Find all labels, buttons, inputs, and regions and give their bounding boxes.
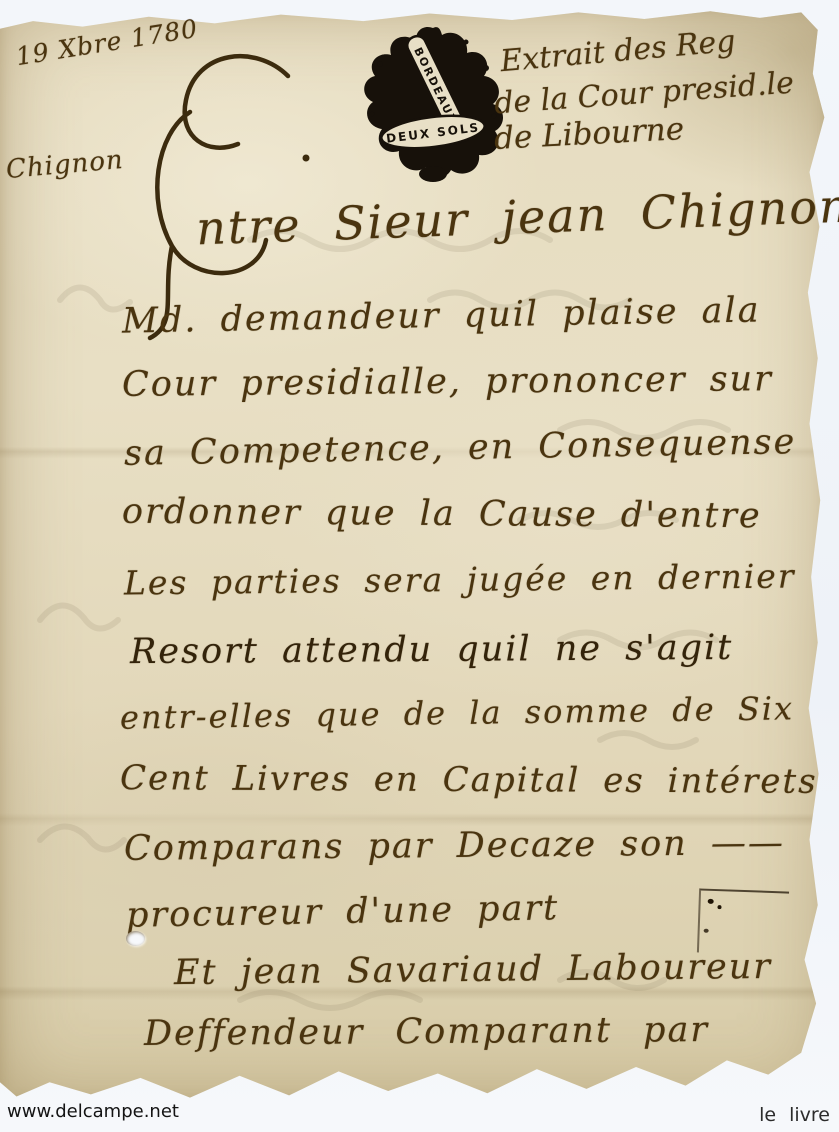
manuscript-line: Les parties sera jugée en dernier bbox=[124, 556, 796, 602]
ink-blot-mark bbox=[697, 888, 789, 955]
manuscript-line: Et jean Savariaud Laboureur bbox=[174, 947, 772, 993]
manuscript-line: procureur d'une part bbox=[126, 888, 560, 936]
manuscript-line: Cent Livres en Capital es intérets bbox=[120, 758, 818, 802]
manuscript-line: Comparans par Decaze son —— bbox=[124, 823, 785, 869]
manuscript-line: ordonner que la Cause d'entre bbox=[122, 492, 762, 536]
site-watermark-url: www.delcampe.net bbox=[7, 1101, 179, 1122]
generalite-stamp: BORDEAUX DEUX SOLS bbox=[360, 24, 506, 182]
manuscript-line: Cour presidialle, prononcer sur bbox=[122, 359, 773, 405]
worm-hole bbox=[126, 931, 145, 946]
seller-logo-text: le livre bbox=[759, 1104, 830, 1126]
scanned-document-photo: 19 Xbre 1780 Chignon BORDEAUX DEUX SOLS … bbox=[0, 0, 839, 1132]
drop-cap-flourish: E bbox=[116, 42, 326, 342]
manuscript-line: Resort attendu quil ne s'agit bbox=[130, 628, 734, 672]
manuscript-line: Deffendeur Comparant par bbox=[144, 1010, 709, 1054]
